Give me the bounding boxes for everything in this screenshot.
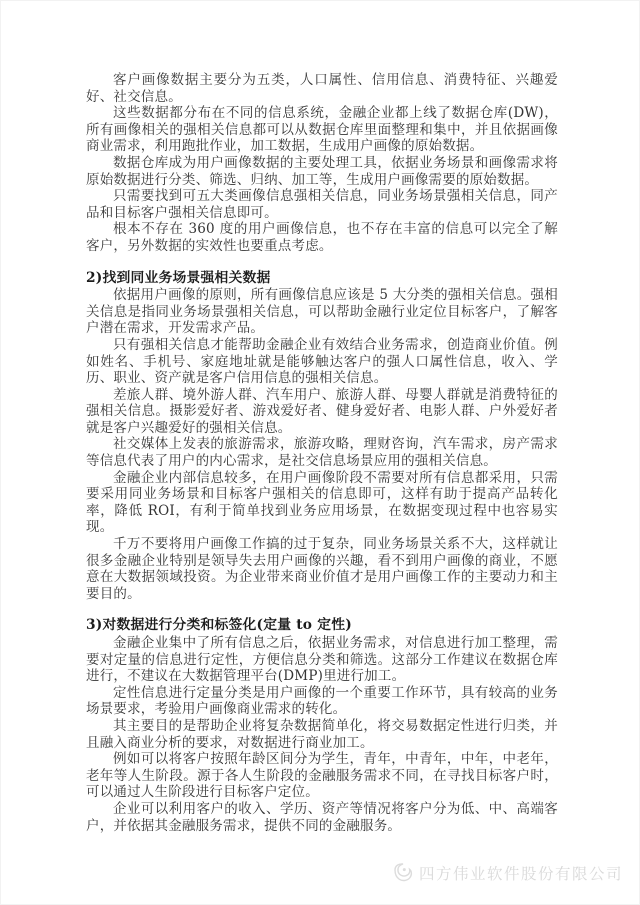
section-heading-3: 3)对数据进行分类和标签化(定量 to 定性) [86,617,558,634]
company-watermark-text: 四方伟业软件股份有限公司 [419,862,623,884]
body-paragraph: 客户画像数据主要分为五类，人口属性、信用信息、消费特征、兴趣爱好、社交信息。 [86,72,558,105]
body-paragraph: 这些数据都分布在不同的信息系统，金融企业都上线了数据仓库(DW)，所有画像相关的… [86,105,558,155]
company-watermark: 四方伟业软件股份有限公司 [391,861,623,885]
body-paragraph: 依据用户画像的原则，所有画像信息应该是 5 大分类的强相关信息。强相关信息是指同… [86,287,558,337]
body-paragraph: 只需要找到可五大类画像信息强相关信息，同业务场景强相关信息，同产品和目标客户强相… [86,188,558,221]
body-paragraph: 金融企业内部信息较多，在用户画像阶段不需要对所有信息都采用，只需要采用同业务场景… [86,470,558,536]
section-heading-2: 2)找到同业务场景强相关数据 [86,270,558,287]
body-paragraph: 定性信息进行定量分类是用户画像的一个重要工作环节，具有较高的业务场景要求，考验用… [86,685,558,718]
body-paragraph: 金融企业集中了所有信息之后，依据业务需求，对信息进行加工整理，需要对定量的信息进… [86,635,558,685]
body-paragraph: 数据仓库成为用户画像数据的主要处理工具，依据业务场景和画像需求将原始数据进行分类… [86,155,558,188]
document-page: 客户画像数据主要分为五类，人口属性、信用信息、消费特征、兴趣爱好、社交信息。 这… [0,0,640,905]
body-paragraph: 例如可以将客户按照年龄区间分为学生，青年，中青年，中年，中老年，老年等人生阶段。… [86,751,558,801]
document-body: 客户画像数据主要分为五类，人口属性、信用信息、消费特征、兴趣爱好、社交信息。 这… [86,72,558,834]
body-paragraph: 只有强相关信息才能帮助金融企业有效结合业务需求，创造商业价值。例如姓名、手机号、… [86,337,558,387]
swirl-face-logo-icon [391,861,415,885]
body-paragraph: 千万不要将用户画像工作搞的过于复杂，同业务场景关系不大，这样就让很多金融企业特别… [86,536,558,602]
body-paragraph: 社交媒体上发表的旅游需求，旅游攻略，理财咨询，汽车需求，房产需求等信息代表了用户… [86,436,558,469]
body-paragraph: 其主要目的是帮助企业将复杂数据简单化，将交易数据定性进行归类，并且融入商业分析的… [86,718,558,751]
body-paragraph: 差旅人群、境外游人群、汽车用户、旅游人群、母婴人群就是消费特征的强相关信息。摄影… [86,387,558,437]
body-paragraph: 企业可以利用客户的收入、学历、资产等情况将客户分为低、中、高端客户，并依据其金融… [86,801,558,834]
body-paragraph: 根本不存在 360 度的用户画像信息，也不存在丰富的信息可以完全了解客户，另外数… [86,221,558,254]
